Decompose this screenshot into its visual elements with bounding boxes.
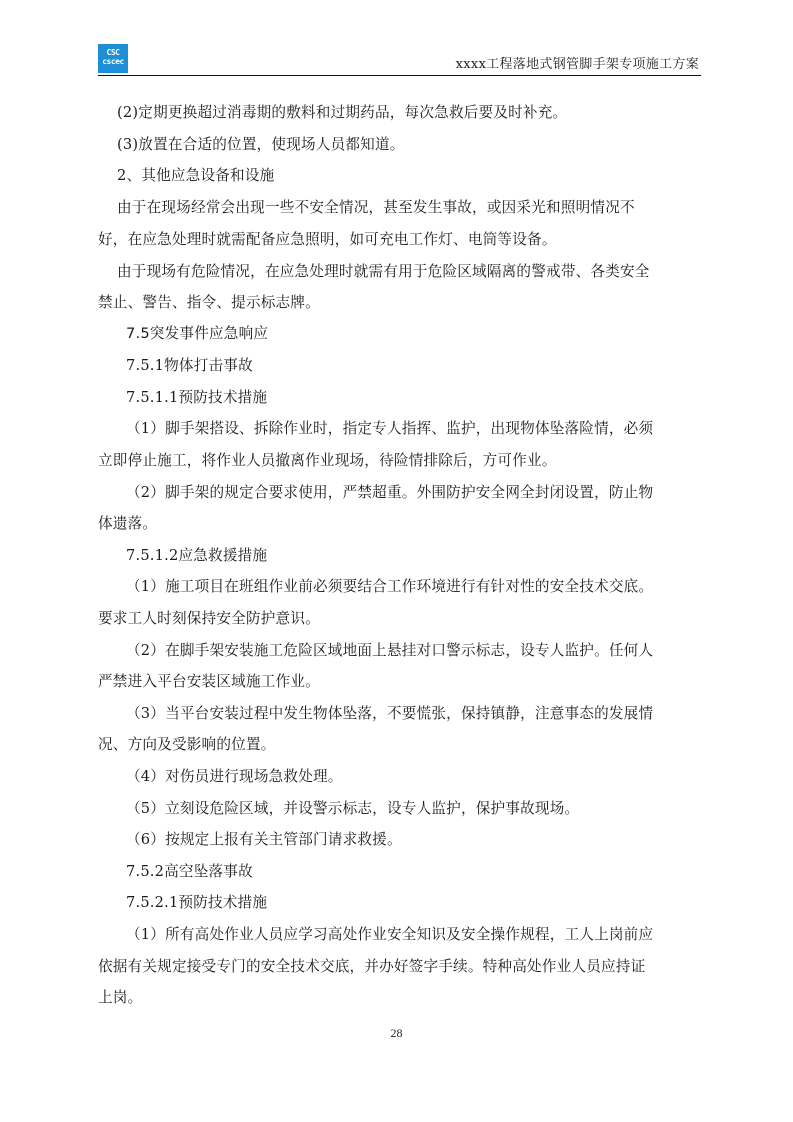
logo-text-bottom: cscec <box>98 57 128 66</box>
section-heading: 7.5.1物体打击事故 <box>126 354 253 375</box>
paragraph-line: 要求工人时刻保持安全防护意识。 <box>98 607 320 628</box>
section-heading: 7.5.1.1预防技术措施 <box>126 386 267 407</box>
paragraph-line: （2）脚手架的规定合要求使用，严禁超重。外围防护安全网全封闭设置，防止物 <box>126 481 653 502</box>
logo-text-top: CSC <box>98 48 128 57</box>
section-heading: 2、其他应急设备和设施 <box>117 164 274 185</box>
page-number: 28 <box>0 1026 793 1041</box>
paragraph-line: 由于在现场经常会出现一些不安全情况，甚至发生事故，或因采光和照明情况不 <box>117 196 635 217</box>
section-heading: 7.5.2高空坠落事故 <box>126 860 253 881</box>
paragraph-line: 上岗。 <box>98 986 142 1007</box>
paragraph-line: 况、方向及受影响的位置。 <box>98 733 276 754</box>
paragraph-line: （2）在脚手架安装施工危险区域地面上悬挂对口警示标志，设专人监护。任何人 <box>126 639 653 660</box>
paragraph-line: （1）脚手架搭设、拆除作业时，指定专人指挥、监护，出现物体坠落险情，必须 <box>126 417 653 438</box>
section-heading: 7.5.2.1预防技术措施 <box>126 891 267 912</box>
list-item: (2)定期更换超过消毒期的敷料和过期药品，每次急救后要及时补充。 <box>117 101 567 122</box>
section-heading: 7.5突发事件应急响应 <box>126 322 268 343</box>
paragraph-line: 体遗落。 <box>98 512 157 533</box>
list-item: (3)放置在合适的位置，使现场人员都知道。 <box>117 133 405 154</box>
paragraph-line: （1）施工项目在班组作业前必须要结合工作环境进行有针对性的安全技术交底。 <box>126 575 653 596</box>
paragraph-line: 严禁进入平台安装区域施工作业。 <box>98 670 320 691</box>
list-item: （4）对伤员进行现场急救处理。 <box>126 765 343 786</box>
paragraph-line: 好，在应急处理时就需配备应急照明，如可充电工作灯、电筒等设备。 <box>98 228 557 249</box>
paragraph-line: （3）当平台安装过程中发生物体坠落，不要慌张，保持镇静，注意事态的发展情 <box>126 702 653 723</box>
list-item: （5）立刻设危险区域，并设警示标志，设专人监护，保护事故现场。 <box>126 797 579 818</box>
section-heading: 7.5.1.2应急救援措施 <box>126 544 267 565</box>
company-logo: CSC cscec <box>98 44 128 73</box>
paragraph-line: 由于现场有危险情况，在应急处理时就需有用于危险区域隔离的警戒带、各类安全 <box>117 260 650 281</box>
list-item: （6）按规定上报有关主管部门请求救援。 <box>126 828 402 849</box>
paragraph-line: （1）所有高处作业人员应学习高处作业安全知识及安全操作规程，工人上岗前应 <box>126 923 653 944</box>
document-title: xxxx工程落地式钢管脚手架专项施工方案 <box>456 53 699 72</box>
paragraph-line: 立即停止施工，将作业人员撤离作业现场，待险情排除后，方可作业。 <box>98 449 557 470</box>
page-header: CSC cscec xxxx工程落地式钢管脚手架专项施工方案 <box>98 44 701 76</box>
paragraph-line: 依据有关规定接受专门的安全技术交底，并办好签字手续。特种高处作业人员应持证 <box>98 955 645 976</box>
paragraph-line: 禁止、警告、指令、提示标志牌。 <box>98 291 320 312</box>
